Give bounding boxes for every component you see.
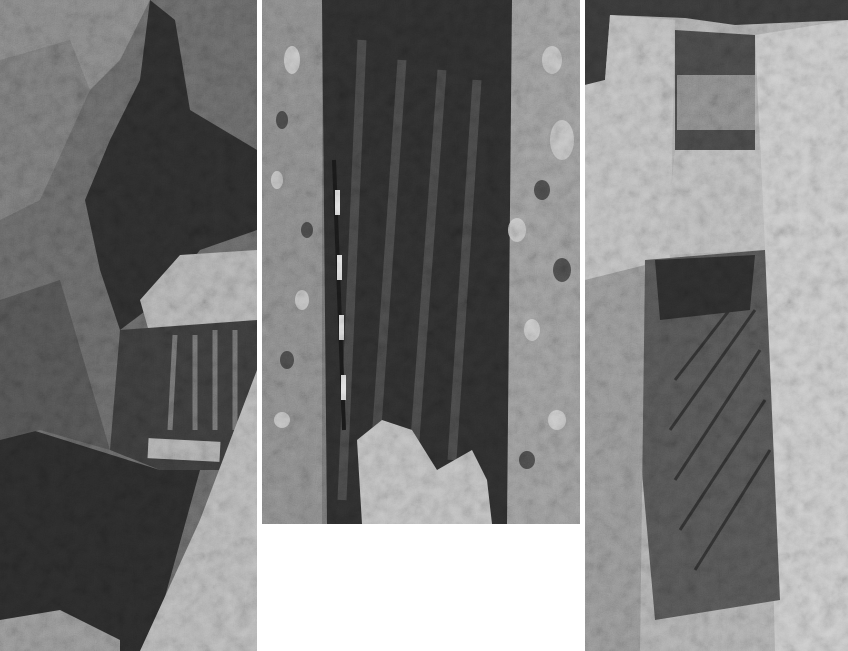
photo-right-image (585, 0, 848, 651)
photo-left-image (0, 0, 257, 651)
photo-middle-image (262, 0, 580, 524)
photo-left-trench-timbers (0, 0, 257, 651)
photo-right-trench-timbers (585, 0, 848, 651)
photo-middle-trench-timbers (262, 0, 580, 524)
